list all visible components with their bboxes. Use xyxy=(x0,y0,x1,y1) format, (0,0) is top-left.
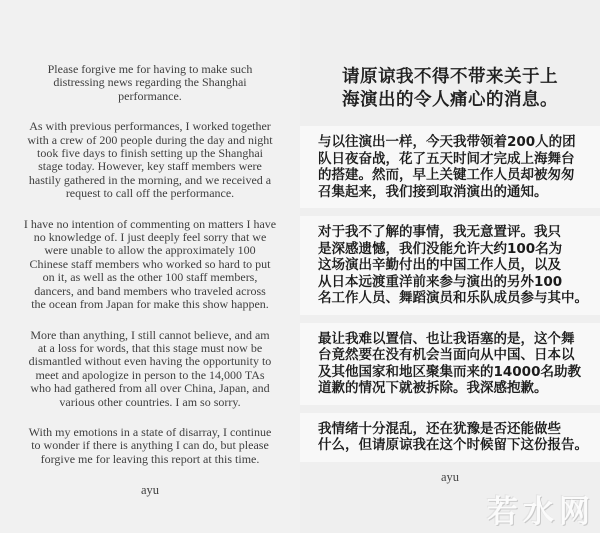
statement-page: Please forgive me for having to make suc… xyxy=(0,0,600,533)
english-paragraph-5: With my emotions in a state of disarray,… xyxy=(12,426,288,466)
chinese-paragraph-3: 最让我难以置信、也让我语塞的是，这个舞 台竟然要在没有机会当面向从中国、日本以 … xyxy=(300,323,600,405)
chinese-title: 请原谅我不得不带来关于上 海演出的令人痛心的消息。 xyxy=(342,66,600,112)
english-paragraph-1: Please forgive me for having to make suc… xyxy=(12,63,288,103)
english-paragraph-2: As with previous performances, I worked … xyxy=(12,120,288,200)
chinese-paragraph-1: 与以往演出一样，今天我带领着200人的团 队日夜奋战，花了五天时间才完成上海舞台… xyxy=(300,126,600,208)
english-statement-column: Please forgive me for having to make suc… xyxy=(0,0,300,533)
english-paragraph-4: More than anything, I still cannot belie… xyxy=(12,329,288,409)
chinese-paragraph-4: 我情绪十分混乱，还在犹豫是否还能做些 什么，但请原谅我在这个时候留下这份报告。 xyxy=(300,413,600,462)
chinese-paragraph-2: 对于我不了解的事情，我无意置评。我只 是深感遗憾，我们没能允许大约100名为 这… xyxy=(300,216,600,315)
signature-chinese: ayu xyxy=(300,470,600,485)
chinese-statement-column: 请原谅我不得不带来关于上 海演出的令人痛心的消息。 与以往演出一样，今天我带领着… xyxy=(300,0,600,533)
site-watermark: 若水网 xyxy=(487,486,595,531)
signature-english: ayu xyxy=(0,483,300,498)
english-paragraph-3: I have no intention of commenting on mat… xyxy=(12,218,288,312)
